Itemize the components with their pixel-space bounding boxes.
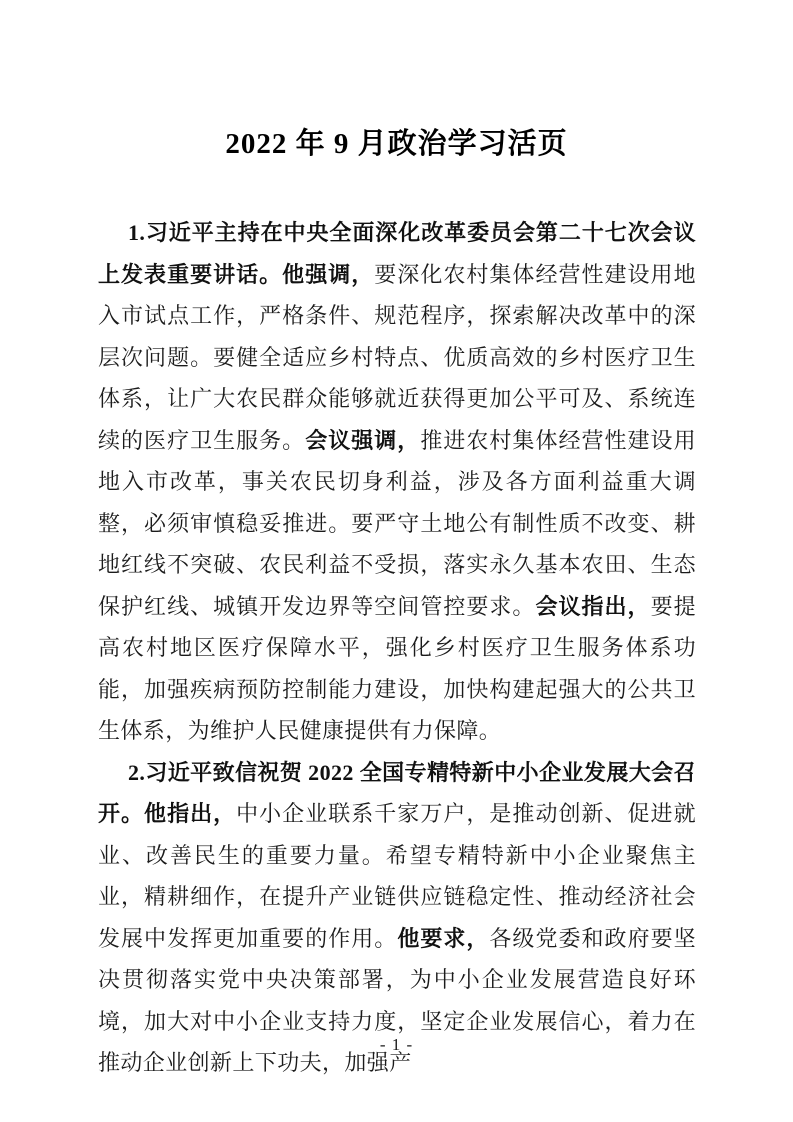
paragraph-2-emphasis-2: 他要求， xyxy=(397,926,489,951)
page-number: - 1 - xyxy=(0,1034,793,1056)
document-body: 1.习近平主持在中央全面深化改革委员会第二十七次会议上发表重要讲话。他强调，要深… xyxy=(98,212,696,1084)
document-page: 2022 年 9 月政治学习活页 1.习近平主持在中央全面深化改革委员会第二十七… xyxy=(0,0,793,1122)
paragraph-1-emphasis-4: 会议指出， xyxy=(535,594,650,619)
paragraph-1: 1.习近平主持在中央全面深化改革委员会第二十七次会议上发表重要讲话。他强调，要深… xyxy=(98,212,696,752)
paragraph-1-emphasis-2: 会议强调， xyxy=(305,428,420,453)
paragraph-1-text-3: 推进农村集体经营性建设用地入市改革，事关农民切身利益，涉及各方面利益重大调整，必… xyxy=(98,428,696,619)
paragraph-1-text-1: 要深化农村集体经营性建设用地入市试点工作，严格条件、规范程序，探索解决改革中的深… xyxy=(98,262,696,453)
page-title: 2022 年 9 月政治学习活页 xyxy=(0,124,793,164)
